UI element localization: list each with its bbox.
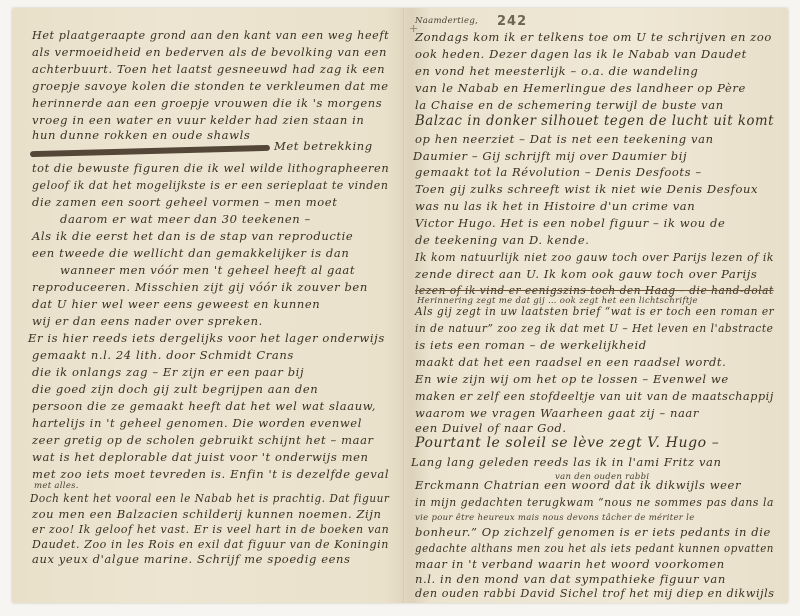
text-line: op hen neerziet – Dat is net een teekeni… (415, 132, 714, 146)
text-line: die ik onlangs zag – Er zijn er een paar… (32, 365, 304, 379)
text-line: Erckmann Chatrian een woord dat ik dikwi… (415, 478, 741, 492)
text-line: Als gij zegt in uw laatsten brief “wat i… (415, 304, 774, 318)
text-line: waarom we vragen Waarheen gaat zij – naa… (415, 406, 699, 420)
text-line: geloof ik dat het mogelijkste is er een … (32, 178, 388, 192)
text-line: Zondags kom ik er telkens toe om U te sc… (415, 30, 772, 44)
text-line: die zamen een soort geheel vormen – men … (32, 195, 337, 209)
text-line: Toen gij zulks schreeft wist ik niet wie… (415, 182, 758, 196)
text-line: en vond het meesterlijk – o.a. die wande… (415, 64, 698, 78)
text-line: Pourtant le soleil se lève zegt V. Hugo … (415, 436, 719, 450)
text-line: is iets een roman – de werkelijkheid (415, 338, 647, 352)
text-line: Lang lang geleden reeds las ik in l'ami … (411, 455, 722, 469)
text-line: hartelijs in 't geheel genomen. Die word… (32, 416, 362, 430)
text-line: de teekening van D. kende. (415, 233, 589, 247)
text-line: zende direct aan U. Ik kom ook gauw toch… (415, 267, 757, 281)
text-line: gedachte althans men zou het als iets pe… (415, 541, 774, 555)
text-line: een Duivel of naar God. (415, 421, 567, 435)
text-line: dat U hier wel weer eens geweest en kunn… (32, 297, 320, 311)
text-line: gemaakt n.l. 24 lith. door Schmidt Crans (32, 348, 294, 362)
text-line: Balzac in donker silhouet tegen de lucht… (415, 114, 774, 128)
text-line: hun dunne rokken en oude shawls (32, 128, 250, 142)
text-line: Het plaatgeraapte grond aan den kant van… (32, 28, 389, 42)
text-line: Doch kent het vooral een le Nabab het is… (30, 491, 389, 505)
text-line: van le Nabab en Hemerlingue des landheer… (415, 81, 746, 95)
text-line: Victor Hugo. Het is een nobel figuur – i… (415, 216, 725, 230)
text-line: zeer gretig op de scholen gebruikt schij… (32, 433, 374, 447)
archive-page-number: 242 (497, 14, 527, 29)
text-line: persoon die ze gemaakt heeft dat het wel… (32, 399, 376, 413)
text-line: Als ik die eerst het dan is de stap van … (32, 229, 353, 243)
text-line: maakt dat het een raadsel en een raadsel… (415, 355, 726, 369)
text-line: wat is het deplorable dat juist voor 't … (32, 450, 369, 464)
text-line: aux yeux d'algue marine. Schrijf me spoe… (32, 552, 351, 566)
text-line: bonheur.” Op zichzelf genomen is er iets… (415, 525, 771, 539)
struck-out-line (30, 145, 270, 157)
text-line: er zoo! Ik geloof het vast. Er is veel h… (32, 522, 389, 536)
text-line: Daudet. Zoo in les Rois en exil dat figu… (32, 537, 389, 551)
text-line: vroeg in een water en vuur kelder had zi… (32, 113, 364, 127)
right-page: + Naamdertieg, 242 Zondags kom ik er tel… (405, 8, 788, 603)
text-line: was nu las ik het in Histoire d'un crime… (415, 199, 695, 213)
text-line: als vermoeidheid en bederven als de bevo… (32, 45, 387, 59)
text-line: Met betrekking (274, 139, 373, 153)
text-line: wanneer men vóór men 't geheel heeft al … (60, 263, 355, 277)
text-line: daarom er wat meer dan 30 teekenen – (60, 212, 311, 226)
text-line: reproduceeren. Misschien zijt gij vóór i… (32, 280, 368, 294)
page-header: Naamdertieg, (415, 14, 478, 28)
text-line: gemaakt tot la Révolution – Denis Desfoo… (415, 165, 702, 179)
text-line: Ik kom natuurlijk niet zoo gauw toch ove… (415, 250, 774, 264)
text-line: tot die bewuste figuren die ik wel wilde… (32, 161, 389, 175)
text-line: met zoo iets moet tevreden is. Enfin 't … (32, 467, 389, 481)
text-line: vie pour être heureux mais nous devons t… (415, 511, 695, 525)
left-page: Het plaatgeraapte grond aan den kant van… (12, 8, 403, 603)
text-line: een tweede die wellicht dan gemakkelijke… (32, 246, 349, 260)
text-line: den ouden rabbi David Sichel trof het mi… (415, 586, 775, 600)
text-line: in mijn gedachten terugkwam “nous ne som… (415, 495, 774, 509)
text-line: zou men een Balzacien schilderij kunnen … (32, 507, 382, 521)
text-line: wij er dan eens nader over spreken. (32, 314, 263, 328)
text-line: ook heden. Dezer dagen las ik le Nabab v… (415, 47, 747, 61)
text-line: n.l. in den mond van dat sympathieke fig… (415, 572, 726, 586)
text-line: in de natuur” zoo zeg ik dat met U – Het… (415, 321, 773, 335)
text-line: Er is hier reeds iets dergelijks voor he… (28, 331, 385, 345)
text-line: die goed zijn doch gij zult begrijpen aa… (32, 382, 318, 396)
letter-sheet: Het plaatgeraapte grond aan den kant van… (12, 8, 788, 603)
text-line: herinnerde aan een groepje vrouwen die i… (32, 96, 382, 110)
text-line: En wie zijn wij om het op te lossen – Ev… (415, 372, 729, 386)
text-line: maar in 't verband waarin het woord voor… (415, 557, 725, 571)
text-line: Daumier – Gij schrijft mij over Daumier … (413, 149, 687, 163)
text-line: groepje savoye kolen die stonden te verk… (32, 79, 389, 93)
text-line: achterbuurt. Toen het laatst gesneeuwd h… (32, 62, 385, 76)
text-line: la Chaise en de schemering terwijl de bu… (415, 98, 724, 112)
text-line: maken er zelf een stofdeeltje van uit va… (415, 389, 774, 403)
